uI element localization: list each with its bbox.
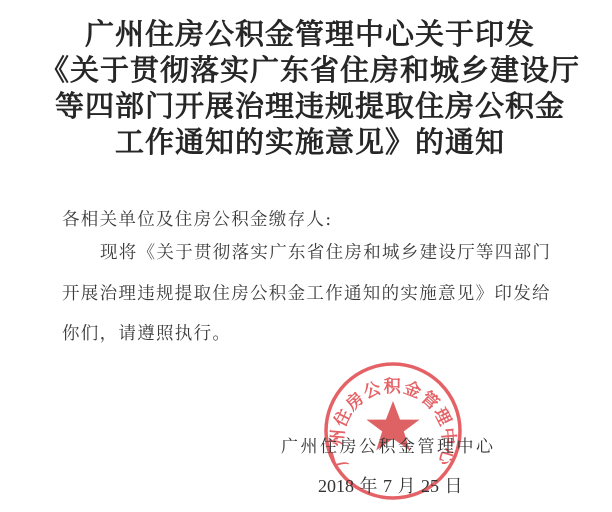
- document-page: 广州住房公积金管理中心关于印发 《关于贯彻落实广东省住房和城乡建设厅 等四部门开…: [0, 0, 612, 512]
- salutation: 各相关单位及住房公积金缴存人:: [62, 208, 332, 232]
- document-title-line-2: 《关于贯彻落实广东省住房和城乡建设厅: [0, 52, 612, 88]
- body-paragraph-line-1: 现将《关于贯彻落实广东省住房和城乡建设厅等四部门: [100, 241, 551, 265]
- document-title-line-4: 工作通知的实施意见》的通知: [0, 124, 612, 160]
- document-title-line-1: 广州住房公积金管理中心关于印发: [0, 16, 612, 52]
- issuer-signature: 广州住房公积金管理中心: [281, 435, 496, 459]
- issue-date: 2018 年 7 月 25 日: [318, 474, 463, 498]
- body-paragraph-line-3: 你们，请遵照执行。: [62, 322, 231, 346]
- body-paragraph-line-2: 开展治理违规提取住房公积金工作通知的实施意见》印发给: [62, 282, 551, 306]
- document-title-line-3: 等四部门开展治理违规提取住房公积金: [0, 88, 612, 124]
